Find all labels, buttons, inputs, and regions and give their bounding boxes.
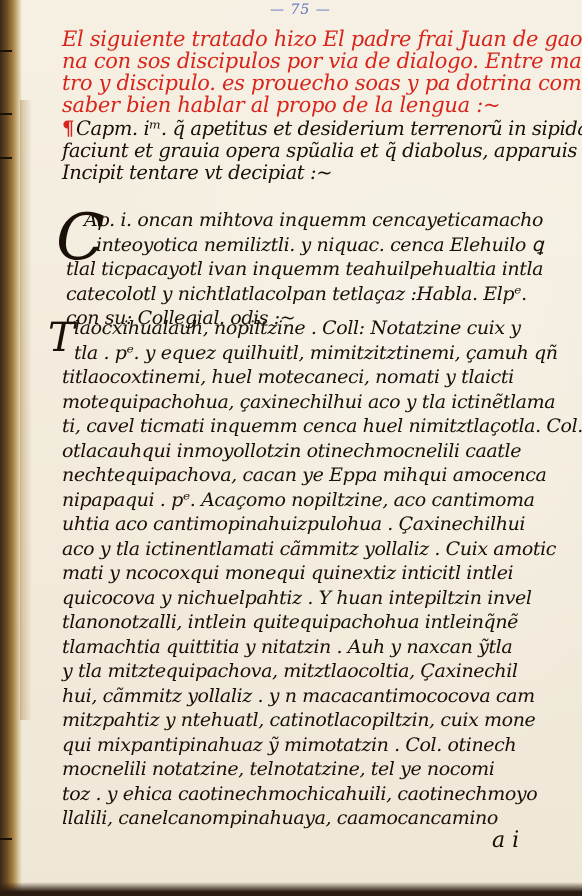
latin-line: faciunt et grauia opera spũalia et q̃ di… bbox=[62, 140, 582, 162]
spanish-rubric-heading: El siguiente tratado hizo El padre frai … bbox=[62, 28, 582, 116]
pilcrow-icon: ¶ bbox=[62, 117, 74, 140]
latin-line: ¶Capm. iᵐ. q̃ apetitus et desiderium ter… bbox=[62, 118, 582, 140]
manuscript-page: — 75 — El siguiente tratado hizo El padr… bbox=[0, 0, 582, 896]
signature-mark: a i bbox=[492, 828, 519, 853]
body-line: tlamachtia quittitia y nitatzin . Auh y … bbox=[62, 635, 582, 660]
body-line: motequipachohua, çaxinechilhui aco y tla… bbox=[62, 390, 582, 415]
latin-chapter-rubric: ¶Capm. iᵐ. q̃ apetitus et desiderium ter… bbox=[62, 118, 582, 184]
latin-line-text: Capm. iᵐ. q̃ apetitus et desiderium terr… bbox=[76, 117, 582, 140]
gutter-stitch bbox=[0, 157, 12, 159]
body-line: otlacauhqui inmoyollotzin otinechmocneli… bbox=[62, 439, 582, 464]
gutter-stitch bbox=[0, 50, 12, 52]
chapter-line: inteoyotica nemiliztli. y niquac. cenca … bbox=[66, 233, 543, 258]
body-line: mitzpahtiz y ntehuatl, catinotlacopiltzi… bbox=[62, 708, 582, 733]
body-line: toz . y ehica caotinechmochicahuili, cao… bbox=[62, 782, 582, 807]
gutter-stitch bbox=[0, 838, 12, 840]
body-line: y tla mitztequipachova, mitztlaocoltia, … bbox=[62, 659, 582, 684]
binding-gutter bbox=[0, 0, 22, 896]
body-line: tla . pᵉ. y equez quilhuitl, mimitzitzti… bbox=[62, 341, 582, 366]
body-line: laocxihualauh, nopiltzine . Coll: Notatz… bbox=[62, 316, 582, 341]
body-line: nipapaqui . pᵉ. Acaçomo nopiltzine, aco … bbox=[62, 488, 582, 513]
chapter-opening: Ap. i. oncan mihtova inquemm cencayetica… bbox=[66, 208, 543, 331]
body-line: mati y ncocoxqui monequi quinextiz intic… bbox=[62, 561, 582, 586]
chapter-line: catecolotl y nichtlatlacolpan tetlaçaz :… bbox=[66, 282, 543, 307]
body-line: hui, cãmmitz yollaliz . y n macacantimoc… bbox=[62, 684, 582, 709]
body-line: llalili, canelcanompinahuaya, caamocanca… bbox=[62, 806, 582, 831]
body-line: quicocova y nichuelpahtiz . Y huan intep… bbox=[62, 586, 582, 611]
heading-line: saber bien hablar al propo de la lengua … bbox=[62, 94, 582, 116]
chapter-line: Ap. i. oncan mihtova inquemm cencayetica… bbox=[66, 208, 543, 233]
body-line: nechtequipachova, cacan ye Eppa mihqui a… bbox=[62, 463, 582, 488]
water-stain bbox=[20, 100, 32, 720]
body-line: ti, cavel ticmati inquemm cenca huel nim… bbox=[62, 414, 582, 439]
latin-line: Incipit tentare vt decipiat :~ bbox=[62, 162, 582, 184]
body-line: tlanonotzalli, intlein quitequipachohua … bbox=[62, 610, 582, 635]
gutter-stitch bbox=[0, 113, 12, 115]
folio-number: — 75 — bbox=[270, 2, 331, 18]
dialogue-body: laocxihualauh, nopiltzine . Coll: Notatz… bbox=[62, 316, 582, 831]
body-line: titlaocoxtinemi, huel motecaneci, nomati… bbox=[62, 365, 582, 390]
body-line: qui mixpantipinahuaz ỹ mimotatzin . Col.… bbox=[62, 733, 582, 758]
chapter-line: tlal ticpacayotl ivan inquemm teahuilpeh… bbox=[66, 257, 543, 282]
body-line: aco y tla ictinentlamati cãmmitz yollali… bbox=[62, 537, 582, 562]
heading-line: El siguiente tratado hizo El padre frai … bbox=[62, 28, 582, 50]
heading-line: tro y discipulo. es prouecho soas y pa d… bbox=[62, 72, 582, 94]
body-line: mocnelili notatzine, telnotatzine, tel y… bbox=[62, 757, 582, 782]
body-line: uhtia aco cantimopinahuizpulohua . Çaxin… bbox=[62, 512, 582, 537]
page-bottom-edge bbox=[0, 882, 582, 896]
heading-line: na con sos discipulos por via de dialogo… bbox=[62, 50, 582, 72]
